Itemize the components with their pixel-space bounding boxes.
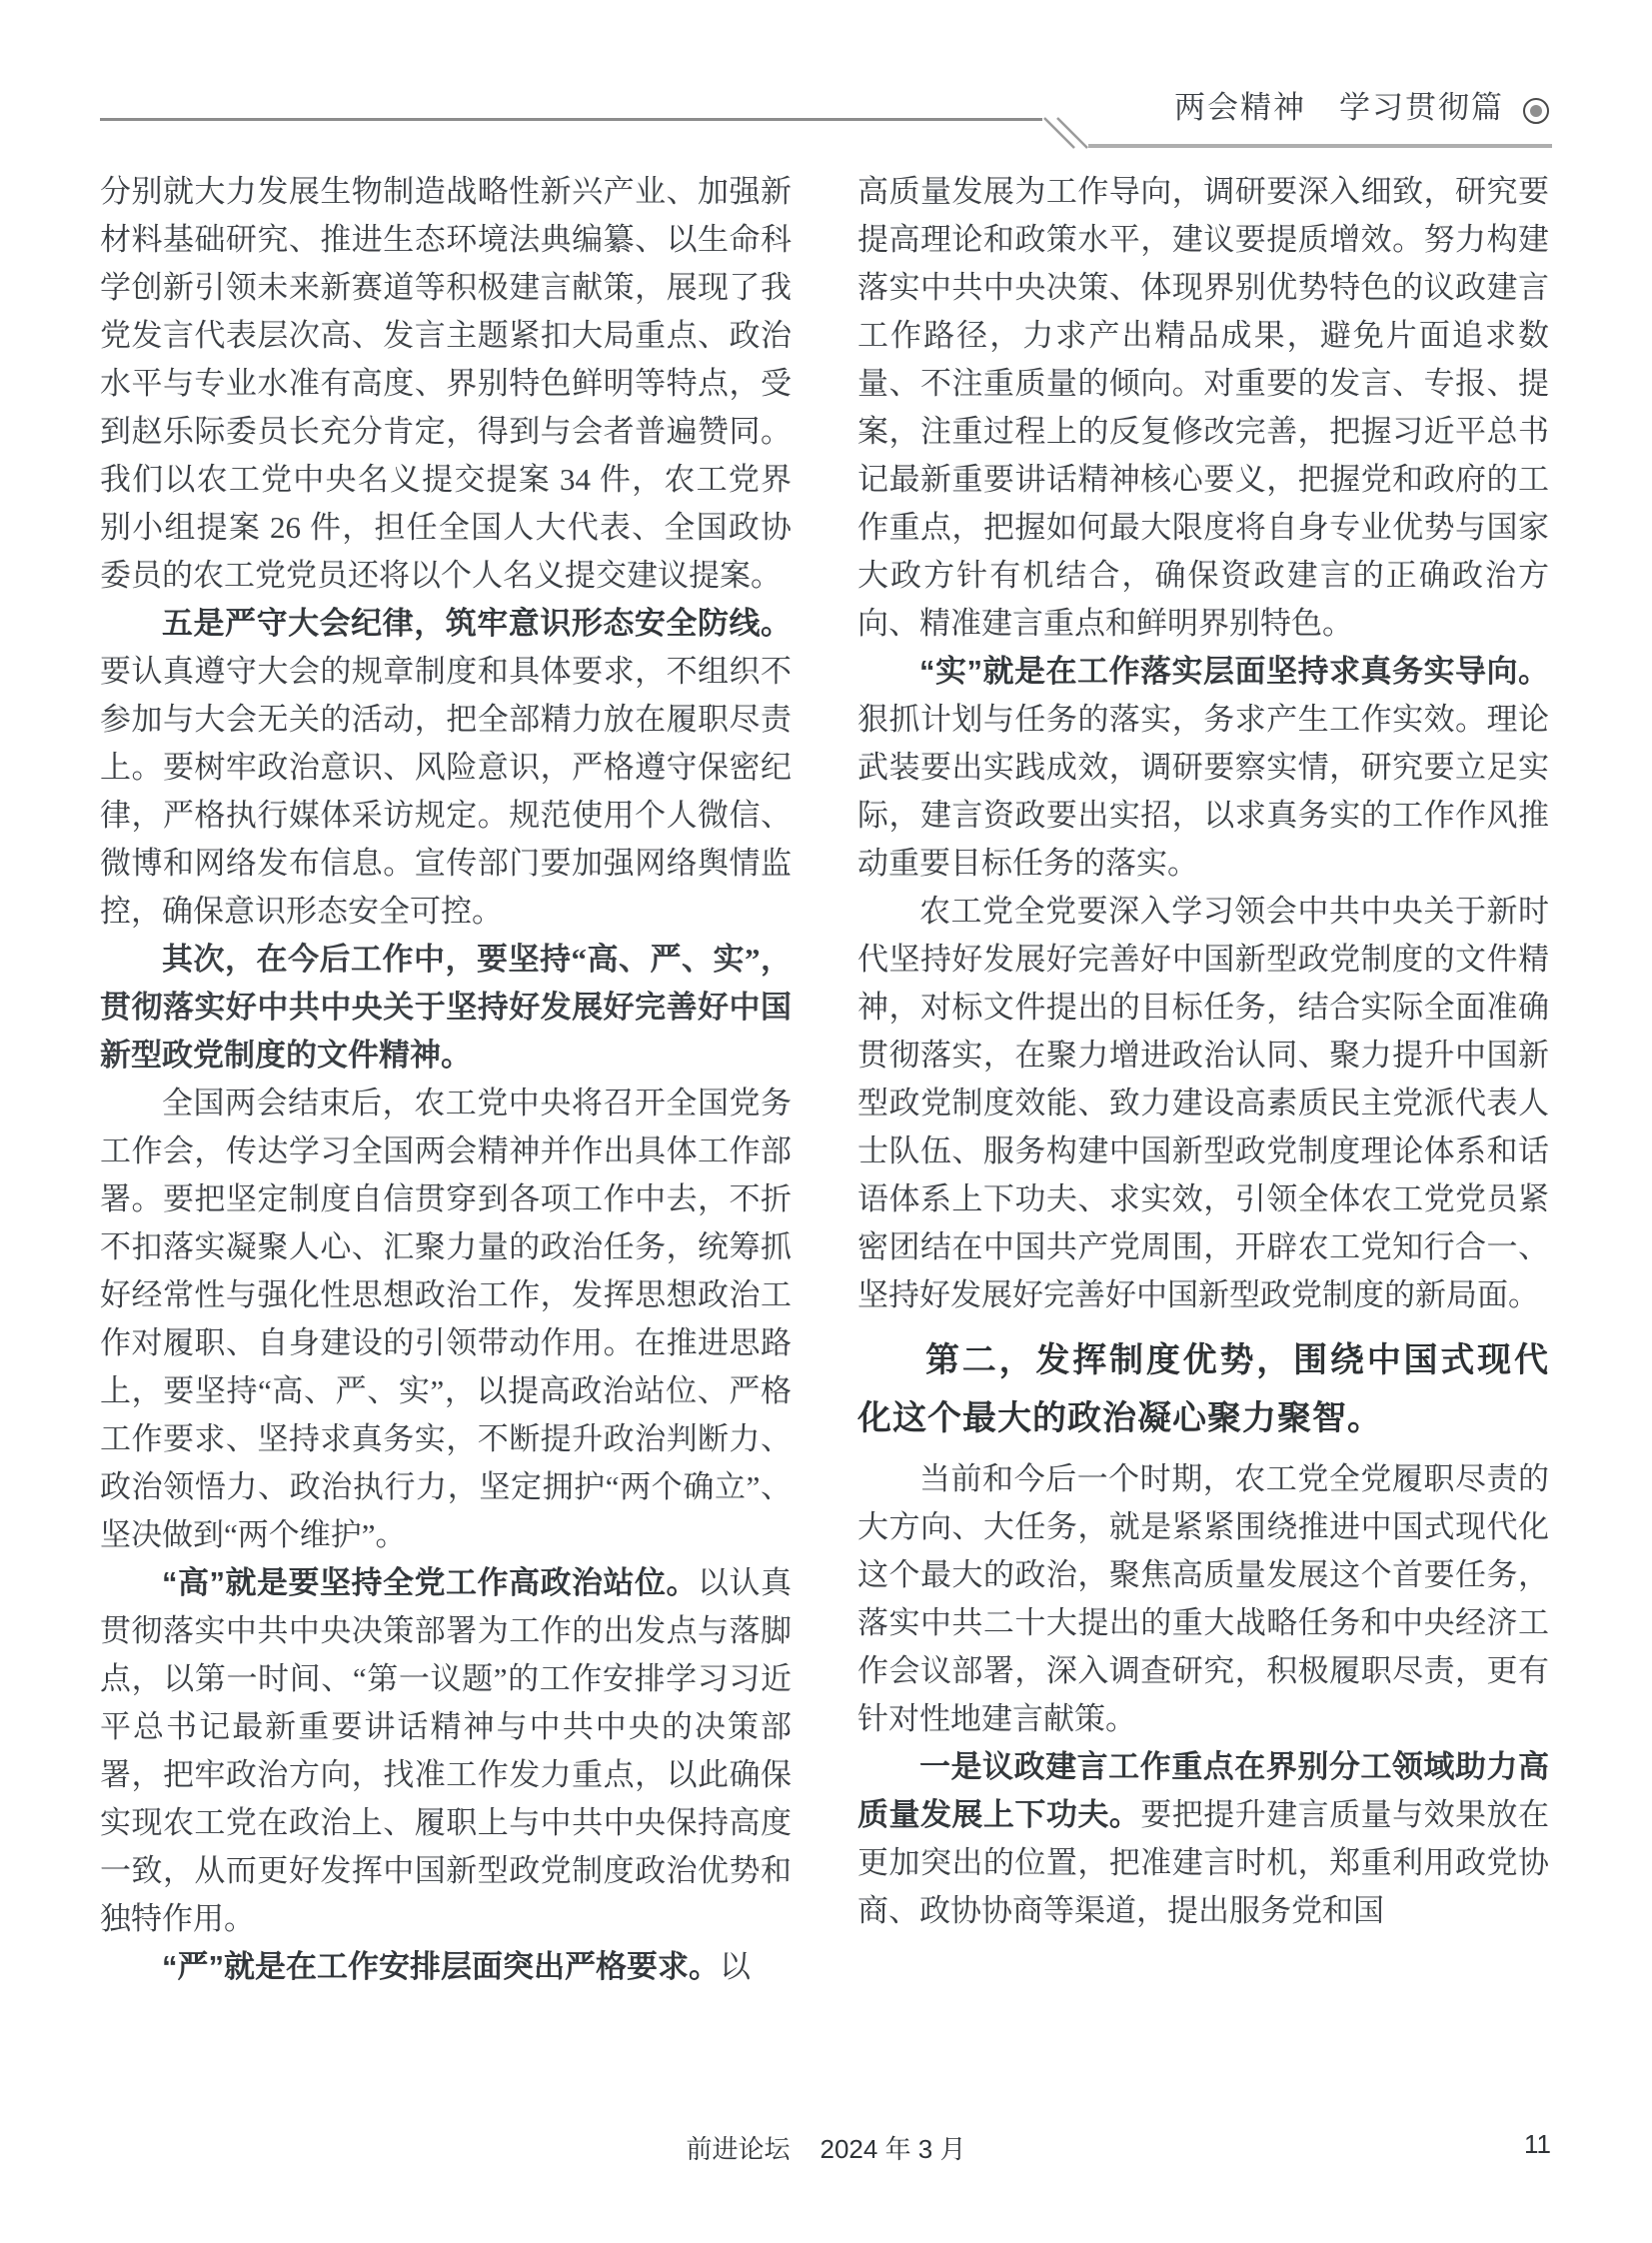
paragraph-text: 其次，在今后工作中，要坚持“高、严、实”，贯彻落实好中共中央关于坚持好发展好完善… xyxy=(100,942,792,1073)
header-rule-right xyxy=(1088,144,1552,148)
journal-name: 前进论坛 xyxy=(687,2134,791,2164)
left-column: 分别就大力发展生物制造战略性新兴产业、加强新材料基础研究、推进生态环境法典编纂、… xyxy=(100,168,792,1991)
paragraph: “严”就是在工作安排层面突出严格要求。以 xyxy=(100,1943,792,1991)
page-header-title: 两会精神 学习贯彻篇 xyxy=(1174,82,1504,127)
header-rule-slashes xyxy=(1042,117,1092,149)
paragraph-text: 狠抓计划与任务的落实，务求产生工作实效。理论武装要出实践成效，调研要察实情，研究… xyxy=(857,702,1549,881)
paragraph-text: 要认真遵守大会的规章制度和具体要求，不组织不参加与大会无关的活动，把全部精力放在… xyxy=(100,654,792,929)
right-column: 高质量发展为工作导向，调研要深入细致，研究要提高理论和政策水平，建议要提质增效。… xyxy=(857,168,1549,1935)
paragraph-text: 第二，发挥制度优势，围绕中国式现代化这个最大的政治凝心聚力聚智。 xyxy=(857,1341,1549,1437)
section-heading: 第二，发挥制度优势，围绕中国式现代化这个最大的政治凝心聚力聚智。 xyxy=(857,1331,1549,1447)
issue-date: 2024 年 3 月 xyxy=(821,2134,966,2164)
paragraph-text: 以认真贯彻落实中共中央决策部署为工作的出发点与落脚点，以第一时间、“第一议题”的… xyxy=(100,1565,792,1936)
paragraph: 分别就大力发展生物制造战略性新兴产业、加强新材料基础研究、推进生态环境法典编纂、… xyxy=(100,168,792,600)
bullseye-icon xyxy=(1523,98,1549,124)
paragraph-text: 以 xyxy=(720,1949,751,1984)
paragraph: 农工党全党要深入学习领会中共中央关于新时代坚持好发展好完善好中国新型政党制度的文… xyxy=(857,888,1549,1319)
paragraph-text: 全国两会结束后，农工党中央将召开全国党务工作会，传达学习全国两会精神并作出具体工… xyxy=(100,1086,792,1552)
paragraph: “高”就是要坚持全党工作高政治站位。以认真贯彻落实中共中央决策部署为工作的出发点… xyxy=(100,1559,792,1943)
header-rule-left xyxy=(100,118,1042,121)
paragraph: 全国两会结束后，农工党中央将召开全国党务工作会，传达学习全国两会精神并作出具体工… xyxy=(100,1080,792,1559)
paragraph-lead: “实”就是在工作落实层面坚持求真务实导向。 xyxy=(919,654,1549,689)
paragraph: 当前和今后一个时期，农工党全党履职尽责的大方向、大任务，就是紧紧围绕推进中国式现… xyxy=(857,1455,1549,1743)
page-number: 11 xyxy=(1481,2129,1551,2160)
magazine-page: 两会精神 学习贯彻篇 分别就大力发展生物制造战略性新兴产业、加强新材料基础研究、… xyxy=(0,0,1652,2243)
paragraph: 一是议政建言工作重点在界别分工领域助力高质量发展上下功夫。要把提升建言质量与效果… xyxy=(857,1743,1549,1935)
paragraph: 五是严守大会纪律，筑牢意识形态安全防线。要认真遵守大会的规章制度和具体要求，不组… xyxy=(100,600,792,936)
paragraph: 高质量发展为工作导向，调研要深入细致，研究要提高理论和政策水平，建议要提质增效。… xyxy=(857,168,1549,648)
paragraph-lead: “严”就是在工作安排层面突出严格要求。 xyxy=(162,1949,720,1984)
paragraph-text: 分别就大力发展生物制造战略性新兴产业、加强新材料基础研究、推进生态环境法典编纂、… xyxy=(100,174,792,593)
footer-journal-line: 前进论坛2024 年 3 月 xyxy=(0,2129,1652,2166)
paragraph-lead: 五是严守大会纪律，筑牢意识形态安全防线。 xyxy=(162,606,792,641)
paragraph-text: 农工党全党要深入学习领会中共中央关于新时代坚持好发展好完善好中国新型政党制度的文… xyxy=(857,894,1549,1312)
bullseye-dot xyxy=(1530,105,1542,117)
paragraph-lead: “高”就是要坚持全党工作高政治站位。 xyxy=(162,1565,698,1600)
paragraph: “实”就是在工作落实层面坚持求真务实导向。狠抓计划与任务的落实，务求产生工作实效… xyxy=(857,648,1549,888)
paragraph: 其次，在今后工作中，要坚持“高、严、实”，贯彻落实好中共中央关于坚持好发展好完善… xyxy=(100,936,792,1080)
paragraph-text: 高质量发展为工作导向，调研要深入细致，研究要提高理论和政策水平，建议要提质增效。… xyxy=(857,174,1549,641)
paragraph-text: 当前和今后一个时期，农工党全党履职尽责的大方向、大任务，就是紧紧围绕推进中国式现… xyxy=(857,1461,1549,1736)
